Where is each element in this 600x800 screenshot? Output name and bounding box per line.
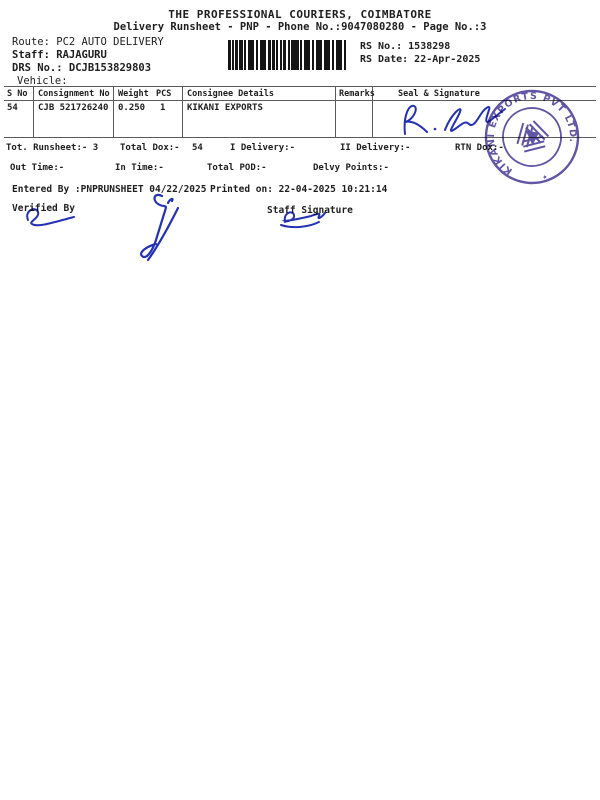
table-vline-3 xyxy=(182,86,183,137)
runsheet-document: THE PROFESSIONAL COURIERS, COIMBATORE De… xyxy=(0,0,600,800)
total-dox-label: Total Dox:- xyxy=(120,143,180,153)
table-vline-2 xyxy=(113,86,114,137)
ii-delivery: II Delivery:- xyxy=(340,143,410,153)
row-consignment-no: CJB 521726240 xyxy=(38,103,108,113)
barcode xyxy=(228,40,346,70)
total-pod: Total POD:- xyxy=(207,163,267,173)
col-header-pcs: PCS xyxy=(156,89,171,99)
company-title: THE PROFESSIONAL COURIERS, COIMBATORE xyxy=(0,8,600,21)
middle-signature xyxy=(122,188,197,263)
in-time: In Time:- xyxy=(115,163,164,173)
stamp-star: ★ xyxy=(541,171,549,181)
verified-by-signature xyxy=(20,204,80,232)
route-value: Route: PC2 AUTO DELIVERY xyxy=(12,36,164,48)
col-header-consignment: Consignment No xyxy=(38,89,110,99)
staff-signature-ink xyxy=(275,206,337,232)
total-dox-value: 54 xyxy=(192,143,203,153)
i-delivery: I Delivery:- xyxy=(230,143,295,153)
col-header-consignee: Consignee Details xyxy=(187,89,274,99)
printed-on: Printed on: 22-04-2025 10:21:14 xyxy=(210,184,387,195)
drs-no-value: DRS No.: DCJB153829803 xyxy=(12,62,151,74)
delvy-points: Delvy Points:- xyxy=(313,163,389,173)
rs-no-value: RS No.: 1538298 xyxy=(360,41,450,52)
col-header-sno: S No xyxy=(7,89,27,99)
staff-value: Staff: RAJAGURU xyxy=(12,49,107,61)
rs-date-value: RS Date: 22-Apr-2025 xyxy=(360,54,480,65)
row-weight: 0.250 xyxy=(118,103,145,113)
table-vline-4 xyxy=(335,86,336,137)
row-sno: 54 xyxy=(7,103,18,113)
col-header-remarks: Remarks xyxy=(339,89,375,99)
row-pcs: 1 xyxy=(160,103,165,113)
kikani-exports-stamp: KIKANI EXPORTS PVT LTD. ★ xyxy=(482,87,582,187)
runsheet-subtitle: Delivery Runsheet - PNP - Phone No.:9047… xyxy=(0,21,600,33)
col-header-weight: Weight xyxy=(118,89,149,99)
table-vline-1 xyxy=(33,86,34,137)
out-time: Out Time:- xyxy=(10,163,64,173)
tot-runsheet: Tot. Runsheet:- 3 xyxy=(6,143,98,153)
row-consignee: KIKANI EXPORTS xyxy=(187,103,263,113)
stamp-hexagon-logo xyxy=(511,113,559,162)
